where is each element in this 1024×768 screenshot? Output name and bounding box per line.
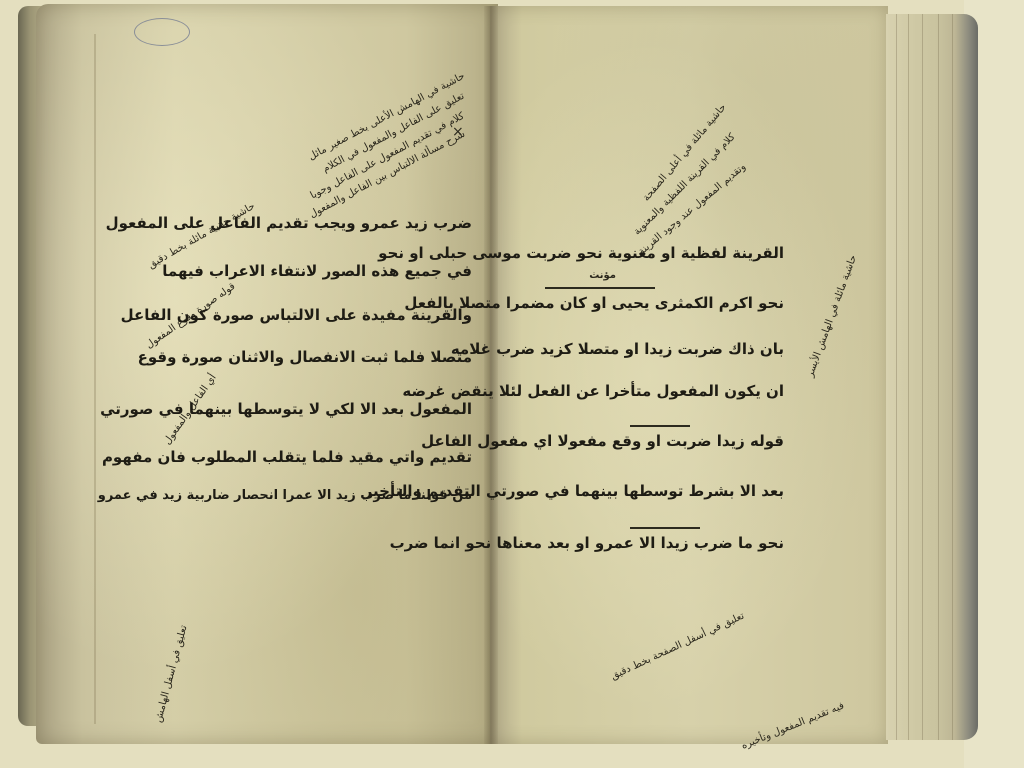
section-rule — [630, 527, 700, 529]
main-text-line: متصلا فلما ثبت الانفصال والاثنان صورة وق… — [138, 348, 472, 366]
section-rule — [545, 287, 655, 289]
main-text-note: مؤنث — [589, 270, 616, 281]
main-text-line: قوله زيدا ضربت او وقع مفعولا اي مفعول ال… — [421, 432, 784, 450]
section-rule — [630, 425, 690, 427]
main-text-line: المفعول بعد الا لكي لا يتوسطها بينهما في… — [100, 400, 472, 418]
x-mark: × — [452, 124, 464, 140]
main-text-line: في جميع هذه الصور لانتفاء الاعراب فيهما — [162, 262, 472, 280]
page-stack-edge — [886, 14, 978, 740]
main-text-line: تقديم واتي مقيد فلما يتقلب المطلوب فان م… — [102, 448, 472, 466]
main-text-line: القرينة لفظية او معنوية نحو ضربت موسى حب… — [378, 244, 784, 262]
right-page — [490, 6, 888, 744]
main-text-line: ان يكون المفعول متأخرا عن الفعل لئلا ينق… — [402, 382, 784, 400]
main-text-line: بعد الا بشرط توسطها بينهما في صورتي التق… — [364, 482, 784, 500]
main-text-line: نحو ما ضرب زيدا الا عمرو او بعد معناها ن… — [390, 534, 784, 552]
main-text-line: نحو اكرم الكمثرى يحيى او كان مضمرا متصلا… — [404, 294, 784, 312]
main-text-line: ضرب زيد عمرو ويجب تقديم الفاعل على المفع… — [106, 214, 472, 232]
main-text-line: بان ذاك ضربت زيدا او متصلا كزيد ضرب غلام… — [451, 340, 784, 358]
page-fold-line — [94, 34, 96, 724]
book-gutter — [484, 6, 498, 744]
folio-number-stamp — [134, 18, 190, 46]
